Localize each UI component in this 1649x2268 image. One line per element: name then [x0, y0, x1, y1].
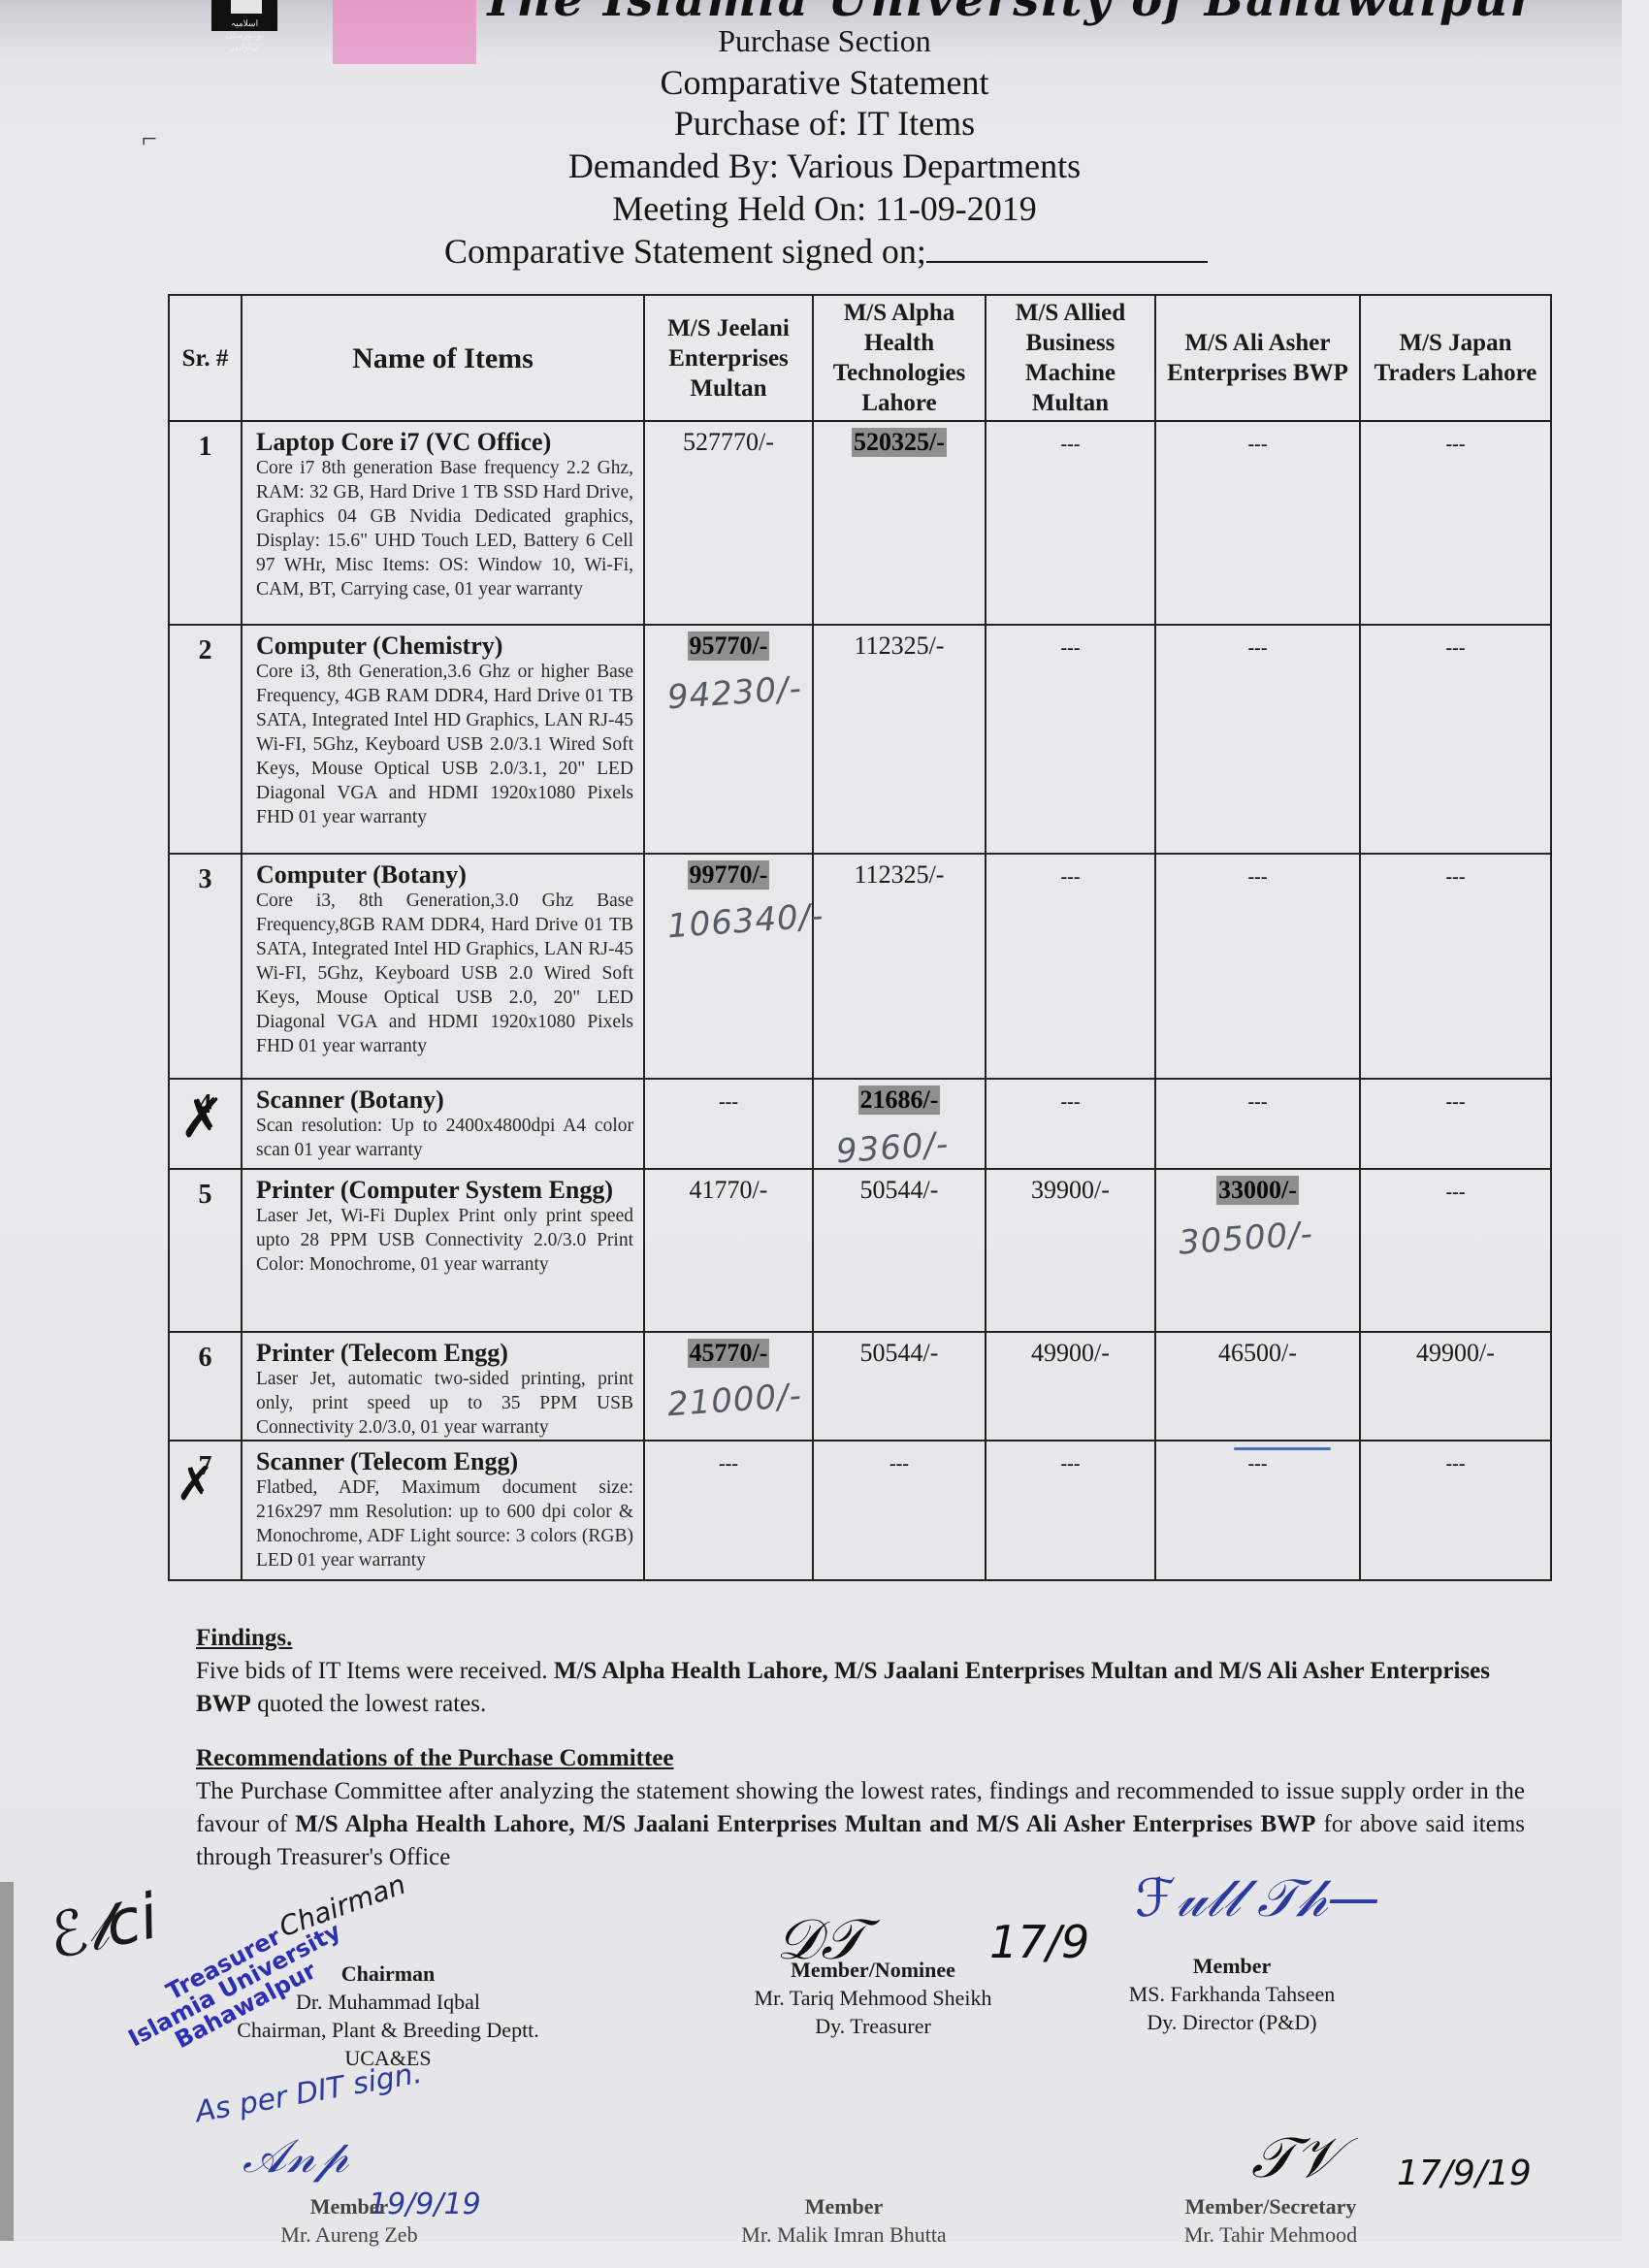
price-value: --- [1444, 866, 1468, 889]
signatory-name: Dr. Muhammad Iqbal [233, 1988, 543, 2016]
findings-text: Five bids of IT Items were received. M/S… [196, 1655, 1525, 1721]
signatory-role: Member/Secretary [1154, 2192, 1387, 2220]
section-name: Purchase Section [0, 23, 1649, 59]
item-spec: Laser Jet, Wi-Fi Duplex Print only print… [256, 1204, 633, 1277]
price-cell: 46500/- [1155, 1332, 1360, 1441]
price-cell: --- [644, 1079, 813, 1169]
member-signature: 𝒜𝓃𝓅 [242, 2129, 348, 2185]
item-cell: Computer (Botany)Core i3, 8th Generation… [242, 854, 644, 1079]
document-title: Comparative Statement [0, 62, 1649, 103]
price-cell: --- [1360, 854, 1551, 1079]
handwritten-price: 106340/- [645, 897, 812, 948]
row-sr: 1 [169, 421, 242, 625]
table-row: 6Printer (Telecom Engg)Laser Jet, automa… [169, 1332, 1551, 1441]
signatory-member: Member Mr. Malik Imran Bhutta [718, 2192, 970, 2249]
recommendations-section: Recommendations of the Purchase Committe… [196, 1742, 1525, 1874]
row-sr: 6 [169, 1332, 242, 1441]
price-cell: 41770/- [644, 1169, 813, 1332]
recommendations-title: Recommendations of the Purchase Committe… [196, 1742, 1525, 1775]
col-vendor: M/S Ali Asher Enterprises BWP [1155, 295, 1360, 421]
price-cell: 520325/- [813, 421, 986, 625]
item-spec: Core i7 8th generation Base frequency 2.… [256, 456, 633, 601]
price-cell: 527770/- [644, 421, 813, 625]
strike-mark-icon: ✗ [179, 1087, 225, 1150]
price-value: --- [1246, 1091, 1270, 1114]
handwritten-price: 21000/- [645, 1376, 812, 1426]
signatory-name: Mr. Tariq Mehmood Sheikh [732, 1984, 1014, 2012]
price-value: --- [1444, 637, 1468, 660]
price-cell: --- [986, 625, 1155, 854]
lowest-price: 33000/- [1216, 1176, 1299, 1205]
price-cell: 112325/- [813, 625, 986, 854]
lowest-price: 95770/- [688, 632, 770, 661]
table-row: 3Computer (Botany)Core i3, 8th Generatio… [169, 854, 1551, 1079]
scan-edge [0, 1882, 14, 2241]
price-value: --- [1444, 434, 1468, 456]
price-cell: 112325/- [813, 854, 986, 1079]
item-title: Printer (Computer System Engg) [256, 1176, 633, 1204]
price-cell: --- [1155, 1079, 1360, 1169]
price-cell: --- [986, 854, 1155, 1079]
handwritten-price: 30500/- [1156, 1212, 1359, 1264]
table-row: 1Laptop Core i7 (VC Office)Core i7 8th g… [169, 421, 1551, 625]
item-title: Computer (Botany) [256, 860, 633, 889]
item-spec: Flatbed, ADF, Maximum document size: 216… [256, 1475, 633, 1572]
item-cell: Printer (Telecom Engg)Laser Jet, automat… [242, 1332, 644, 1441]
lowest-price: 99770/- [688, 860, 770, 890]
secretary-date: 17/9/19 [1397, 2154, 1532, 2193]
signatory-role: Member/Nominee [732, 1956, 1014, 1984]
signatory-title: Dy. Director (P&D) [1106, 2008, 1358, 2036]
price-cell: --- [986, 1079, 1155, 1169]
col-vendor: M/S Allied Business Machine Multan [986, 295, 1155, 421]
price-cell: --- [1360, 1441, 1551, 1580]
price-cell: --- [1155, 625, 1360, 854]
price-value: 39900/- [1029, 1176, 1112, 1205]
price-value: 50544/- [858, 1176, 941, 1205]
signatory-member: Member Mr. Aureng Zeb [262, 2192, 436, 2249]
signatory-nominee: Member/Nominee Mr. Tariq Mehmood Sheikh … [732, 1956, 1014, 2040]
signed-on: Comparative Statement signed on; [444, 231, 1208, 272]
row-sr: 4✗ [169, 1079, 242, 1169]
lowest-price: 45770/- [688, 1339, 770, 1368]
price-value: --- [1246, 1453, 1270, 1475]
price-value: 112325/- [853, 860, 947, 890]
price-cell: --- [1360, 1079, 1551, 1169]
item-spec: Core i3, 8th Generation,3.6 Ghz or highe… [256, 660, 633, 829]
comparative-table: Sr. # Name of Items M/S Jeelani Enterpri… [168, 294, 1552, 1581]
item-title: Computer (Chemistry) [256, 632, 633, 660]
signed-on-label: Comparative Statement signed on; [444, 232, 926, 271]
item-cell: Computer (Chemistry)Core i3, 8th Generat… [242, 625, 644, 854]
price-cell: 50544/- [813, 1169, 986, 1332]
col-vendor: M/S Jeelani Enterprises Multan [644, 295, 813, 421]
signatory-secretary: Member/Secretary Mr. Tahir Mehmood [1154, 2192, 1387, 2249]
price-cell: --- [1360, 421, 1551, 625]
item-spec: Laser Jet, automatic two-sided printing,… [256, 1367, 633, 1440]
row-sr: 7✗ [169, 1441, 242, 1580]
signatory-role: Member [1106, 1952, 1358, 1980]
price-cell: --- [986, 421, 1155, 625]
price-cell: --- [1155, 1441, 1360, 1580]
demanded-by: Demanded By: Various Departments [0, 146, 1649, 186]
row-number: 2 [199, 635, 212, 665]
row-number: 1 [199, 432, 212, 462]
price-cell: 21686/-9360/- [813, 1079, 986, 1169]
handwritten-price: 94230/- [645, 668, 812, 719]
price-cell: --- [986, 1441, 1155, 1580]
item-title: Printer (Telecom Engg) [256, 1339, 633, 1367]
price-value: 50544/- [858, 1339, 941, 1368]
table-row: 5Printer (Computer System Engg)Laser Jet… [169, 1169, 1551, 1332]
item-title: Scanner (Botany) [256, 1085, 633, 1114]
table-row: 2Computer (Chemistry)Core i3, 8th Genera… [169, 625, 1551, 854]
price-value: --- [717, 1453, 740, 1475]
signatory-name: MS. Farkhanda Tahseen [1106, 1980, 1358, 2008]
item-spec: Core i3, 8th Generation,3.0 Ghz Base Fre… [256, 889, 633, 1058]
findings-text-b: quoted the lowest rates. [257, 1691, 486, 1717]
lowest-price: 520325/- [852, 428, 947, 457]
price-value: --- [1059, 637, 1083, 660]
price-cell: --- [1360, 625, 1551, 854]
crest-icon [229, 0, 264, 16]
price-cell: 99770/-106340/- [644, 854, 813, 1079]
price-cell: 45770/-21000/- [644, 1332, 813, 1441]
signatory-member: Member MS. Farkhanda Tahseen Dy. Directo… [1106, 1952, 1358, 2036]
row-number: 3 [199, 864, 212, 894]
price-cell: --- [644, 1441, 813, 1580]
price-value: --- [1246, 434, 1270, 456]
price-value: 49900/- [1414, 1339, 1497, 1368]
item-spec: Scan resolution: Up to 2400x4800dpi A4 c… [256, 1114, 633, 1162]
price-value: --- [1246, 866, 1270, 889]
price-cell: 33000/-30500/- [1155, 1169, 1360, 1332]
meeting-date: Meeting Held On: 11-09-2019 [0, 188, 1649, 229]
col-vendor: M/S Alpha Health Technologies Lahore [813, 295, 986, 421]
signatory-name: Mr. Malik Imran Bhutta [718, 2220, 970, 2249]
signatory-role: Chairman [233, 1960, 543, 1988]
pen-mark: ⌐ [142, 124, 157, 155]
recommendations-text: The Purchase Committee after analyzing t… [196, 1775, 1525, 1874]
item-cell: Scanner (Botany)Scan resolution: Up to 2… [242, 1079, 644, 1169]
findings-title: Findings. [196, 1622, 1525, 1655]
item-cell: Printer (Computer System Engg)Laser Jet,… [242, 1169, 644, 1332]
table-row: 4✗Scanner (Botany)Scan resolution: Up to… [169, 1079, 1551, 1169]
signatory-role: Member [718, 2192, 970, 2220]
price-value: --- [1059, 1091, 1083, 1114]
item-title: Scanner (Telecom Engg) [256, 1447, 633, 1475]
findings-section: Findings. Five bids of IT Items were rec… [196, 1622, 1525, 1721]
price-cell: 49900/- [986, 1332, 1155, 1441]
row-sr: 3 [169, 854, 242, 1079]
handwritten-price: 9360/- [814, 1122, 985, 1173]
price-value: 46500/- [1216, 1339, 1299, 1368]
secretary-signature: 𝒯𝒱 [1251, 2124, 1342, 2191]
signatory-name: Mr. Aureng Zeb [262, 2220, 436, 2249]
findings-text-a: Five bids of IT Items were received. [196, 1658, 548, 1684]
price-value: --- [888, 1453, 911, 1475]
col-vendor: M/S Japan Traders Lahore [1360, 295, 1551, 421]
col-sr: Sr. # [169, 295, 242, 421]
signed-on-blank [926, 232, 1208, 263]
price-value: --- [1444, 1182, 1468, 1204]
row-sr: 2 [169, 625, 242, 854]
signatory-chairman: Chairman Dr. Muhammad Iqbal Chairman, Pl… [233, 1960, 543, 2072]
scan-edge [1622, 0, 1649, 2268]
price-cell: 49900/- [1360, 1332, 1551, 1441]
price-cell: 50544/- [813, 1332, 986, 1441]
row-number: 6 [199, 1343, 212, 1373]
price-value: --- [1059, 434, 1083, 456]
recs-vendors: M/S Alpha Health Lahore, M/S Jaalani Ent… [295, 1811, 1315, 1837]
price-cell: --- [1155, 421, 1360, 625]
price-value: 49900/- [1029, 1339, 1112, 1368]
strike-mark-icon: ✗ [176, 1457, 214, 1511]
price-value: --- [1059, 1453, 1083, 1475]
price-value: --- [1444, 1091, 1468, 1114]
price-value: 527770/- [681, 428, 776, 457]
item-cell: Laptop Core i7 (VC Office)Core i7 8th ge… [242, 421, 644, 625]
row-number: 5 [199, 1180, 212, 1210]
price-cell: 95770/-94230/- [644, 625, 813, 854]
price-value: 112325/- [853, 632, 947, 661]
signatory-title: Chairman, Plant & Breeding Deptt. [233, 2016, 543, 2044]
price-value: 41770/- [688, 1176, 770, 1205]
price-cell: 39900/- [986, 1169, 1155, 1332]
price-value: --- [717, 1091, 740, 1114]
price-value: --- [1059, 866, 1083, 889]
signatory-name: Mr. Tahir Mehmood [1154, 2220, 1387, 2249]
col-name: Name of Items [242, 295, 644, 421]
price-cell: --- [1155, 854, 1360, 1079]
item-cell: Scanner (Telecom Engg)Flatbed, ADF, Maxi… [242, 1441, 644, 1580]
price-cell: --- [1360, 1169, 1551, 1332]
member-signature: ℱ𝓊𝓁𝓁 𝒯𝒽— [1135, 1867, 1379, 1929]
item-title: Laptop Core i7 (VC Office) [256, 428, 633, 456]
signatory-title: Dy. Treasurer [732, 2012, 1014, 2040]
price-value: --- [1246, 637, 1270, 660]
lowest-price: 21686/- [858, 1085, 941, 1115]
price-cell: --- [813, 1441, 986, 1580]
row-sr: 5 [169, 1169, 242, 1332]
purchase-of: Purchase of: IT Items [0, 103, 1649, 144]
table-row: 7✗Scanner (Telecom Engg)Flatbed, ADF, Ma… [169, 1441, 1551, 1580]
price-value: --- [1444, 1453, 1468, 1475]
signatory-role: Member [262, 2192, 436, 2220]
